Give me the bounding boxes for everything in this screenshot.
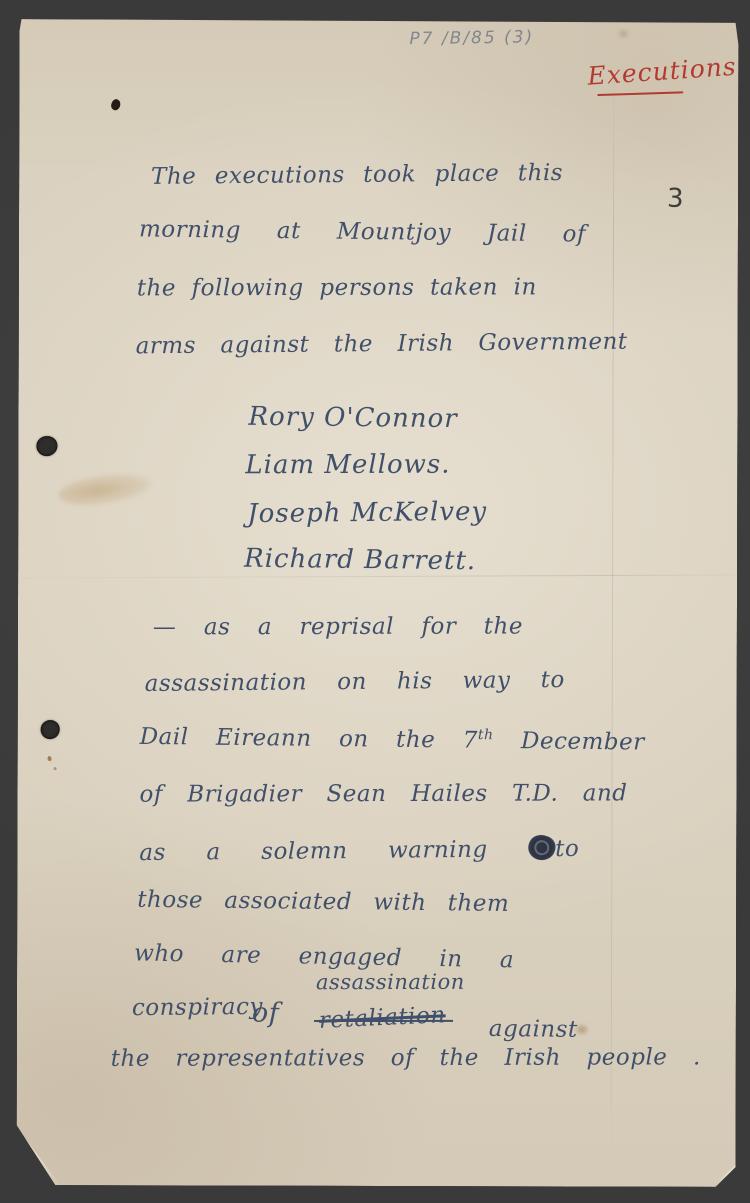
manuscript-page: P7 /B/85 (3) Executions 3 The executions… <box>16 19 738 1187</box>
manuscript-line: assassination on his way to <box>145 668 565 706</box>
archive-reference: P7 /B/85 (3) <box>409 27 534 49</box>
heading-executions: Executions <box>587 52 738 91</box>
punch-hole <box>36 436 57 456</box>
manuscript-line: arms against the Irish Government <box>136 330 628 369</box>
foxing-speck <box>48 756 52 761</box>
line-text: Dail Eireann on the 7 <box>140 724 478 754</box>
horizontal-fold-crease <box>18 574 737 578</box>
punch-hole <box>41 720 60 739</box>
name-line: Richard Barrett. <box>244 544 476 577</box>
ordinal-superscript: th <box>478 727 494 743</box>
stain <box>57 468 155 511</box>
manuscript-line: of Brigadier Sean Hailes T.D. and <box>139 781 627 816</box>
manuscript-line: the representatives of the Irish people … <box>111 1045 701 1081</box>
heading-underline <box>597 91 683 96</box>
line-text: as a solemn warning <box>139 837 488 866</box>
manuscript-word: against <box>489 1016 578 1043</box>
manuscript-line: morning at Mountjoy Jail of <box>139 217 586 256</box>
manuscript-line: the following persons taken in <box>137 275 537 310</box>
name-line: Rory O'Connor <box>248 402 458 434</box>
struck-word-wrap: retaliation <box>319 1004 446 1031</box>
foxing-speck <box>54 767 57 770</box>
ink-blot <box>526 832 558 863</box>
correction-above: assassination <box>316 970 465 994</box>
manuscript-line: those associated with them <box>137 888 509 926</box>
manuscript-line: — as a reprisal for the <box>153 614 523 649</box>
name-line: Liam Mellows. <box>245 450 450 481</box>
page-number: 3 <box>667 184 684 214</box>
struck-word: retaliation <box>318 1002 446 1034</box>
manuscript-line: as a solemn warning to <box>139 835 579 873</box>
vertical-fold-crease <box>611 61 615 1171</box>
manuscript-word: of <box>252 998 280 1029</box>
manuscript-line: The executions took place this <box>151 161 563 199</box>
stain <box>577 1026 587 1034</box>
ink-speck <box>109 98 122 112</box>
manuscript-word: conspiracy <box>132 994 263 1021</box>
line-text: to <box>555 836 579 862</box>
stain <box>619 31 627 37</box>
manuscript-line: Dail Eireann on the 7th December <box>139 724 644 764</box>
name-line: Joseph McKelvey <box>247 497 487 529</box>
line-text: December <box>521 728 645 755</box>
